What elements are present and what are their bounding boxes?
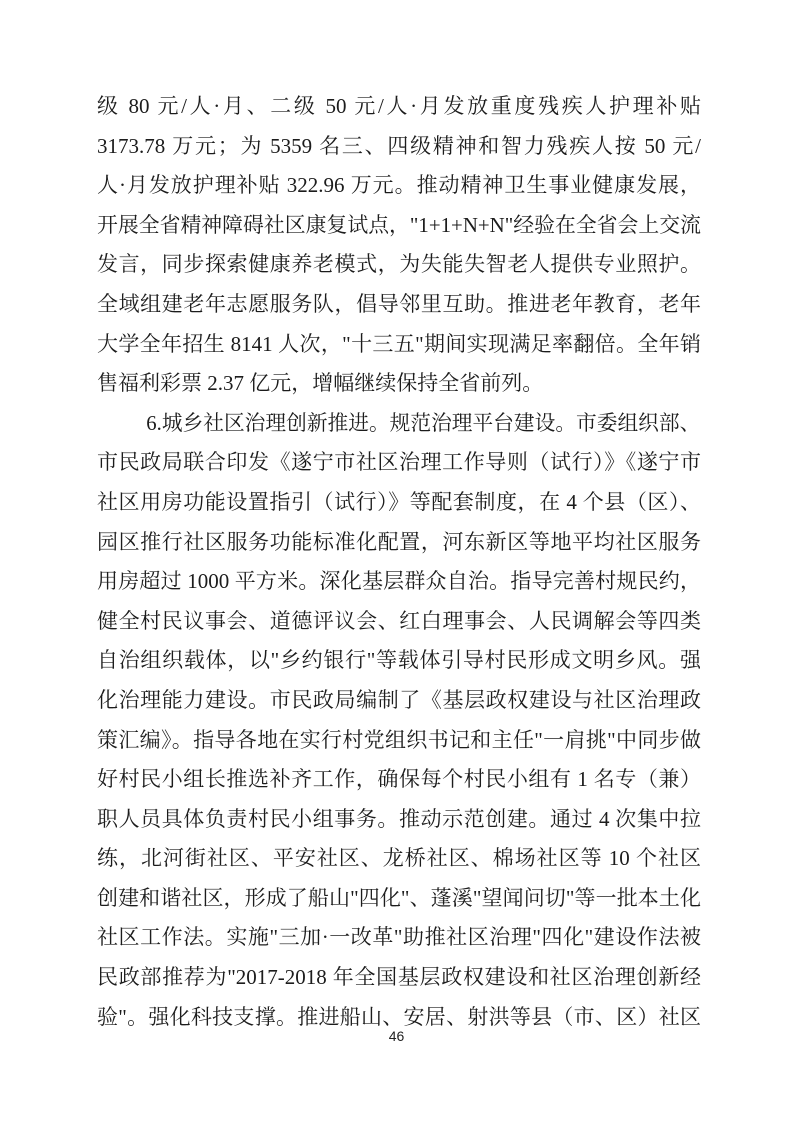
line-text: 验"。强化科技支撑。推进船山、安居、射洪等县（市、区）社区 [97, 1005, 701, 1029]
line-text: 创建和谐社区，形成了船山"四化"、蓬溪"望闻问切"等一批本土化 [97, 886, 701, 910]
line-text: 3173.78 万元；为 5359 名三、四级精神和智力残疾人按 50 元/ [97, 134, 701, 158]
text-line: 大学全年招生 8141 人次，"十三五"期间实现满足率翻倍。全年销 [97, 325, 701, 365]
text-line: 全域组建老年志愿服务队，倡导邻里互助。推进老年教育，老年 [97, 285, 701, 325]
line-text: 人·月发放护理补贴 322.96 万元。推动精神卫生事业健康发展， [97, 173, 701, 197]
body-text: 级 80 元/人·月、二级 50 元/人·月发放重度残疾人护理补贴 3173.7… [97, 87, 701, 1037]
line-text: 发言，同步探索健康养老模式，为失能失智老人提供专业照护。 [97, 252, 701, 276]
line-text: 自治组织载体，以"乡约银行"等载体引导村民形成文明乡风。强 [97, 648, 701, 672]
text-line: 级 80 元/人·月、二级 50 元/人·月发放重度残疾人护理补贴 [97, 87, 701, 127]
text-line: 策汇编》。指导各地在实行村党组织书记和主任"一肩挑"中同步做 [97, 721, 701, 761]
line-text: 健全村民议事会、道德评议会、红白理事会、人民调解会等四类 [97, 609, 701, 633]
text-line: 创建和谐社区，形成了船山"四化"、蓬溪"望闻问切"等一批本土化 [97, 879, 701, 919]
line-text: 策汇编》。指导各地在实行村党组织书记和主任"一肩挑"中同步做 [97, 728, 701, 752]
text-line: 社区用房功能设置指引（试行）》等配套制度，在 4 个县（区）、 [97, 483, 701, 523]
line-text: 级 80 元/人·月、二级 50 元/人·月发放重度残疾人护理补贴 [97, 94, 701, 118]
text-line: 好村民小组长推选补齐工作，确保每个村民小组有 1 名专（兼） [97, 760, 701, 800]
line-text: 职人员具体负责村民小组事务。推动示范创建。通过 4 次集中拉 [97, 807, 701, 831]
line-text: 用房超过 1000 平方米。深化基层群众自治。指导完善村规民约， [97, 569, 701, 593]
text-line: 用房超过 1000 平方米。深化基层群众自治。指导完善村规民约， [97, 562, 701, 602]
text-line: 职人员具体负责村民小组事务。推动示范创建。通过 4 次集中拉 [97, 800, 701, 840]
line-text: 开展全省精神障碍社区康复试点，"1+1+N+N"经验在全省会上交流 [97, 213, 701, 237]
line-text: 6.城乡社区治理创新推进。规范治理平台建设。市委组织部、 [146, 411, 700, 435]
line-text: 社区工作法。实施"三加·一改革"助推社区治理"四化"建设作法被 [97, 925, 701, 949]
text-line: 售福利彩票 2.37 亿元，增幅继续保持全省前列。 [97, 364, 701, 404]
line-text: 化治理能力建设。市民政局编制了《基层政权建设与社区治理政 [97, 688, 701, 712]
line-text: 社区用房功能设置指引（试行）》等配套制度，在 4 个县（区）、 [97, 490, 701, 514]
line-text: 好村民小组长推选补齐工作，确保每个村民小组有 1 名专（兼） [97, 767, 701, 791]
line-text: 全域组建老年志愿服务队，倡导邻里互助。推进老年教育，老年 [97, 292, 701, 316]
text-line: 社区工作法。实施"三加·一改革"助推社区治理"四化"建设作法被 [97, 918, 701, 958]
text-line: 练，北河街社区、平安社区、龙桥社区、棉场社区等 10 个社区 [97, 839, 701, 879]
line-text: 大学全年招生 8141 人次，"十三五"期间实现满足率翻倍。全年销 [97, 332, 701, 356]
document-page: 级 80 元/人·月、二级 50 元/人·月发放重度残疾人护理补贴 3173.7… [0, 0, 793, 1122]
text-line: 健全村民议事会、道德评议会、红白理事会、人民调解会等四类 [97, 602, 701, 642]
text-line: 园区推行社区服务功能标准化配置，河东新区等地平均社区服务 [97, 523, 701, 563]
text-line: 自治组织载体，以"乡约银行"等载体引导村民形成文明乡风。强 [97, 641, 701, 681]
text-line-paragraph-start: 6.城乡社区治理创新推进。规范治理平台建设。市委组织部、 [97, 404, 693, 444]
line-text: 园区推行社区服务功能标准化配置，河东新区等地平均社区服务 [97, 530, 701, 554]
line-text: 市民政局联合印发《遂宁市社区治理工作导则（试行）》《遂宁市 [97, 450, 701, 474]
text-line: 人·月发放护理补贴 322.96 万元。推动精神卫生事业健康发展， [97, 166, 701, 206]
text-line: 3173.78 万元；为 5359 名三、四级精神和智力残疾人按 50 元/ [97, 127, 701, 167]
page-number: 46 [0, 1028, 793, 1044]
line-text: 售福利彩票 2.37 亿元，增幅继续保持全省前列。 [97, 371, 543, 395]
text-line: 发言，同步探索健康养老模式，为失能失智老人提供专业照护。 [97, 245, 701, 285]
text-line: 开展全省精神障碍社区康复试点，"1+1+N+N"经验在全省会上交流 [97, 206, 697, 246]
line-text: 民政部推荐为"2017-2018 年全国基层政权建设和社区治理创新经 [97, 965, 701, 989]
text-line: 化治理能力建设。市民政局编制了《基层政权建设与社区治理政 [97, 681, 701, 721]
line-text: 练，北河街社区、平安社区、龙桥社区、棉场社区等 10 个社区 [97, 846, 701, 870]
text-line: 市民政局联合印发《遂宁市社区治理工作导则（试行）》《遂宁市 [97, 443, 701, 483]
text-line: 民政部推荐为"2017-2018 年全国基层政权建设和社区治理创新经 [97, 958, 701, 998]
